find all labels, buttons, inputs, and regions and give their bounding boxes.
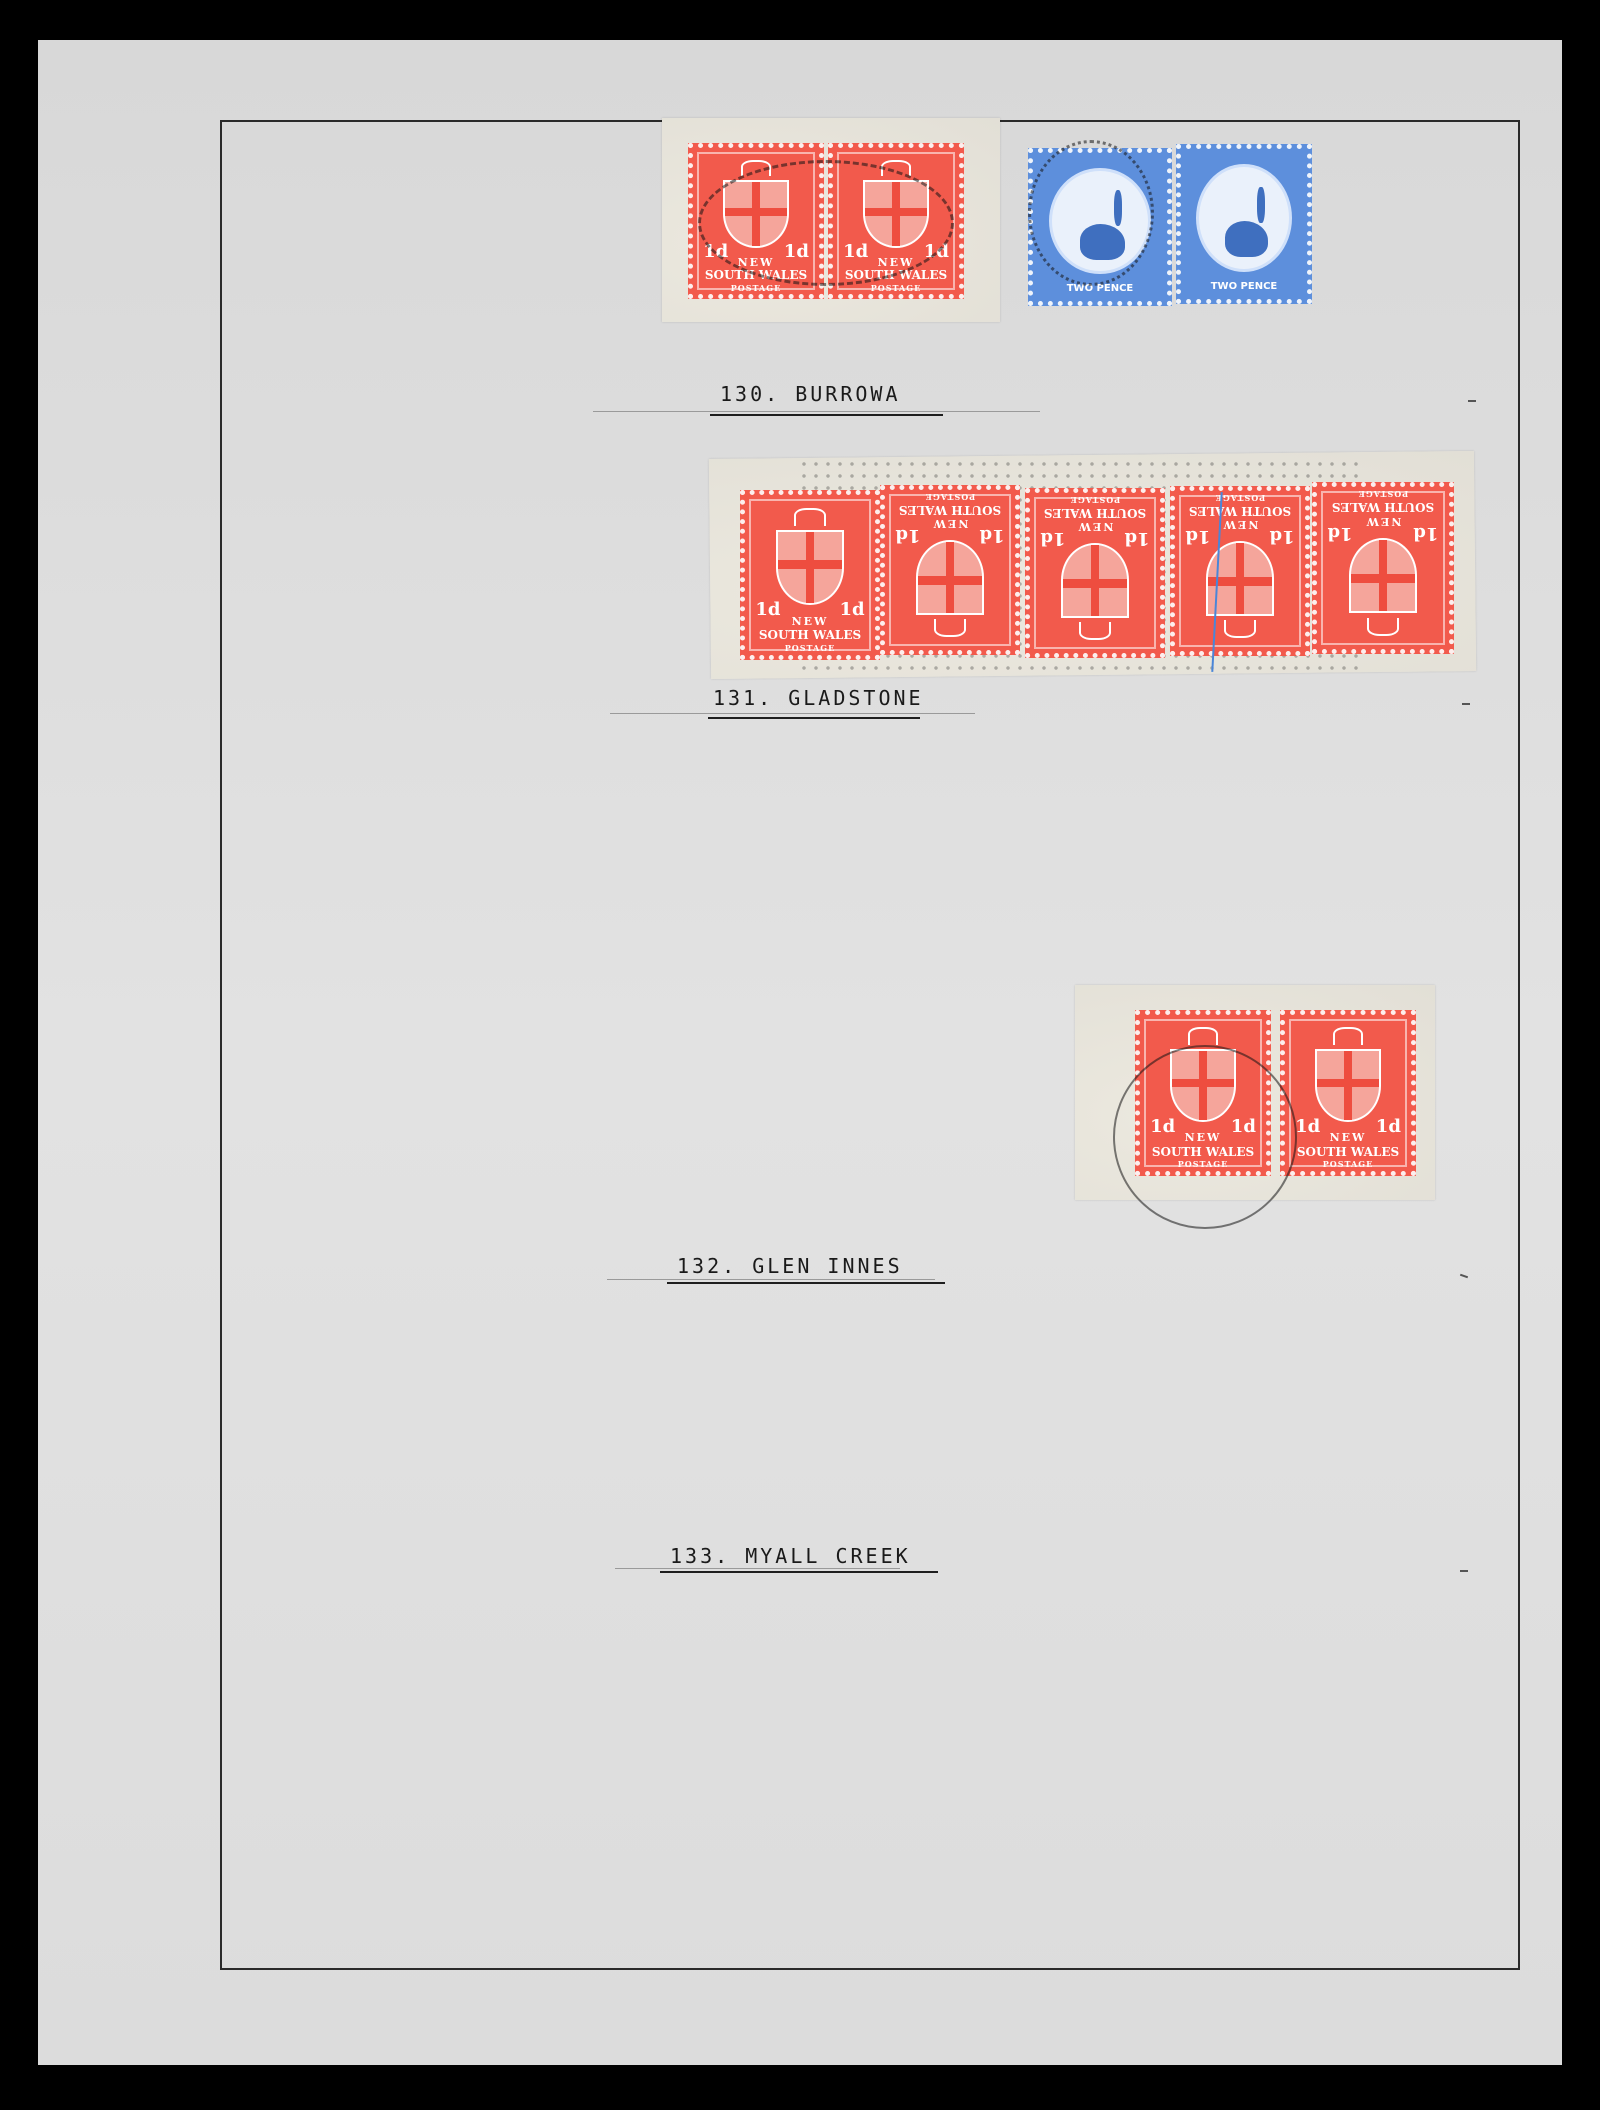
guide-line	[607, 1279, 935, 1280]
stamp-1d-red-inverted: 1d 1d NEW SOUTH WALES POSTAGE	[1170, 486, 1310, 656]
stamp-1d-red: 1d 1d NEW SOUTH WALES POSTAGE	[1280, 1010, 1416, 1176]
label-underline	[660, 1571, 938, 1573]
stamp-2d-emu: TWO PENCE	[1176, 144, 1312, 304]
circular-datestamp	[1113, 1045, 1297, 1229]
margin-tick	[1468, 400, 1476, 402]
entry-label-131: 131. Gladstone	[713, 686, 924, 710]
entry-label-133: 133. Myall Creek	[670, 1544, 911, 1568]
stamp-1d-red-inverted: 1d 1d NEW SOUTH WALES POSTAGE	[880, 485, 1020, 655]
numeral-cancel	[1028, 140, 1154, 286]
label-underline	[708, 717, 920, 719]
label-underline	[667, 1282, 945, 1284]
entry-label-132: 132. Glen Innes	[677, 1254, 903, 1278]
album-page: 1d 1d NEW SOUTH WALES POSTAGE 1d 1d NEW …	[38, 40, 1562, 2065]
stamp-1d-red: 1d 1d NEW SOUTH WALES POSTAGE	[740, 490, 880, 660]
guide-line	[593, 411, 1040, 412]
stamp-1d-red-inverted: 1d 1d NEW SOUTH WALES POSTAGE	[1312, 482, 1454, 654]
guide-line	[610, 713, 975, 714]
entry-label-130: 130. Burrowa	[720, 382, 901, 406]
numeral-cancel	[698, 160, 954, 286]
margin-tick	[1460, 1570, 1468, 1572]
label-underline	[710, 414, 943, 416]
guide-line	[615, 1568, 900, 1569]
margin-tick	[1462, 703, 1470, 705]
stamp-1d-red-inverted: 1d 1d NEW SOUTH WALES POSTAGE	[1025, 488, 1165, 658]
